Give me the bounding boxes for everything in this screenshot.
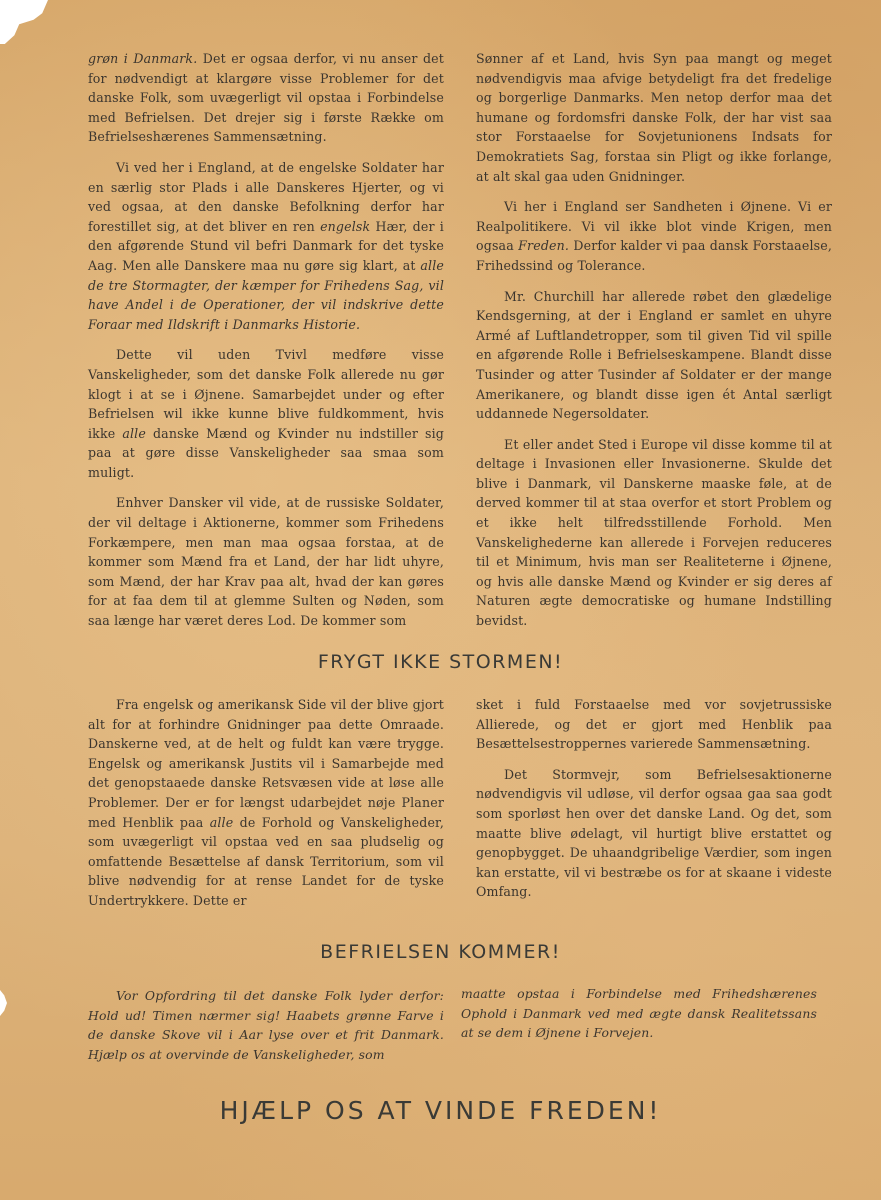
paragraph: Vi ved her i England, at de engelske Sol… bbox=[88, 158, 444, 334]
torn-edge bbox=[0, 990, 7, 1016]
paragraph: Enhver Dansker vil vide, at de russiske … bbox=[88, 493, 444, 630]
paragraph: Dette vil uden Tvivl medføre visse Vansk… bbox=[88, 345, 444, 482]
italic-text: grøn i Danmark. bbox=[88, 51, 197, 66]
torn-corner bbox=[0, 0, 48, 44]
italic-text: alle bbox=[210, 815, 234, 830]
paragraph: Mr. Churchill har allerede røbet den glæ… bbox=[476, 287, 832, 424]
paragraph: maatte opstaa i Forbindelse med Frihedsh… bbox=[461, 984, 817, 1043]
section3-right-column: maatte opstaa i Forbindelse med Frihedsh… bbox=[461, 984, 817, 1043]
paragraph: Fra engelsk og amerikansk Side vil der b… bbox=[88, 695, 444, 911]
paragraph: grøn i Danmark. Det er ogsaa derfor, vi … bbox=[88, 49, 444, 147]
paragraph: Vi her i England ser Sandheten i Øjnene.… bbox=[476, 197, 832, 275]
paragraph: Et eller andet Sted i Europe vil disse k… bbox=[476, 435, 832, 631]
leaflet-page: grøn i Danmark. Det er ogsaa derfor, vi … bbox=[0, 0, 881, 1200]
section3-left-column: Vor Opfordring til det danske Folk lyder… bbox=[88, 986, 444, 1064]
paragraph: Det Stormvejr, som Befrielsesaktionerne … bbox=[476, 765, 832, 902]
section2-right-column: sket i fuld Forstaaelse med vor sovjetru… bbox=[476, 695, 832, 902]
italic-text: Freden. bbox=[518, 238, 569, 253]
section1-right-column: Sønner af et Land, hvis Syn paa mangt og… bbox=[476, 49, 832, 631]
section2-left-column: Fra engelsk og amerikansk Side vil der b… bbox=[88, 695, 444, 911]
italic-text: engelsk bbox=[320, 219, 370, 234]
section-heading-frygt-ikke-stormen: FRYGT IKKE STORMEN! bbox=[0, 651, 881, 673]
footer-slogan: HJÆLP OS AT VINDE FREDEN! bbox=[0, 1096, 881, 1125]
paragraph: Sønner af et Land, hvis Syn paa mangt og… bbox=[476, 49, 832, 186]
paragraph: Vor Opfordring til det danske Folk lyder… bbox=[88, 986, 444, 1064]
paragraph: sket i fuld Forstaaelse med vor sovjetru… bbox=[476, 695, 832, 754]
section1-left-column: grøn i Danmark. Det er ogsaa derfor, vi … bbox=[88, 49, 444, 631]
section-heading-befrielsen-kommer: BEFRIELSEN KOMMER! bbox=[0, 941, 881, 963]
italic-text: alle bbox=[122, 426, 146, 441]
paragraph-text: Fra engelsk og amerikansk Side vil der b… bbox=[88, 697, 444, 830]
